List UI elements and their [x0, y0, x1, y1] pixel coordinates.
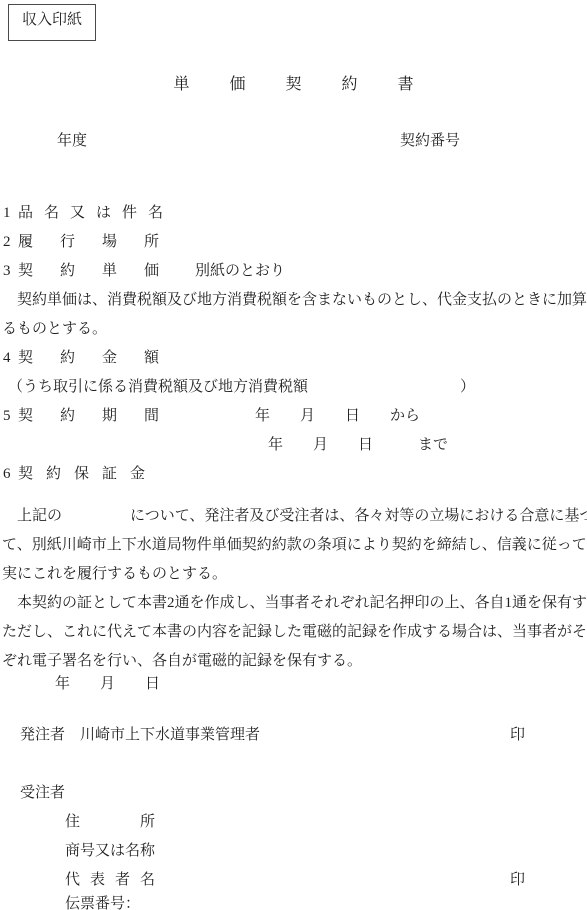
para1-line2: て、別紙川崎市上下水道局物件単価契約約款の条項により契約を締結し、信義に従って誠	[2, 537, 587, 554]
contractor-label: 受注者	[20, 785, 65, 802]
orderer-seal-mark: 印	[510, 727, 525, 744]
contract-document-page: 収入印紙 単価契約書 年度 契約番号 1 品名又は件名 2 履行場所 3 契約単…	[0, 0, 587, 910]
item1-number: 1	[3, 205, 11, 222]
para1-line3: 実にこれを履行するものとする。	[2, 566, 227, 583]
item3-note-line2: るものとする。	[2, 321, 107, 338]
item3-label: 契約単価	[18, 263, 186, 280]
item3-number: 3	[3, 263, 11, 280]
para1-lead: 上記の	[2, 508, 62, 525]
item3-value: 別紙のとおり	[195, 263, 285, 280]
item6-label: 契約保証金	[18, 466, 158, 483]
item6-number: 6	[3, 466, 11, 483]
contractor-company-label: 商号又は名称	[65, 843, 155, 860]
document-title: 単価契約書	[0, 71, 587, 94]
para2-line2: ただし、これに代えて本書の内容を記録した電磁的記録を作成する場合は、当事者がそれ	[2, 624, 587, 641]
signing-date-line: 年 月 日	[55, 676, 160, 693]
revenue-stamp-label: 収入印紙	[22, 8, 82, 29]
item4-tax-note: （うち取引に係る消費税額及び地方消費税額	[8, 379, 308, 396]
item5-period-from: 年 月 日 から	[255, 408, 420, 425]
item2-number: 2	[3, 234, 11, 251]
item4-label: 契約金額	[18, 350, 186, 367]
item4-tax-note-close: ）	[460, 379, 475, 396]
item5-label: 契約期間	[18, 408, 186, 425]
contractor-address-label: 住 所	[65, 814, 155, 831]
contractor-representative-label: 代表者名	[65, 872, 165, 889]
item3-note-line1: 契約単価は、消費税額及び地方消費税額を含まないものとし、代金支払のときに加算す	[2, 292, 587, 309]
para1-line1: について、発注者及び受注者は、各々対等の立場における合意に基づい	[130, 508, 587, 525]
slip-number-label: 伝票番号：	[65, 896, 140, 910]
item5-period-to: 年 月 日 まで	[268, 437, 448, 454]
item5-number: 5	[3, 408, 11, 425]
representative-seal-mark: 印	[510, 872, 525, 889]
item1-label: 品名又は件名	[18, 205, 174, 222]
para2-line1: 本契約の証として本書2通を作成し、当事者それぞれ記名押印の上、各自1通を保有する…	[2, 595, 587, 612]
orderer-line: 発注者 川崎市上下水道事業管理者	[20, 727, 260, 744]
item2-label: 履行場所	[18, 234, 186, 251]
fiscal-year-label: 年度	[57, 133, 87, 150]
item4-number: 4	[3, 350, 11, 367]
para2-line3: ぞれ電子署名を行い、各自が電磁的記録を保有する。	[2, 653, 362, 670]
revenue-stamp-box: 収入印紙	[8, 4, 96, 41]
contract-number-label: 契約番号	[400, 133, 460, 150]
